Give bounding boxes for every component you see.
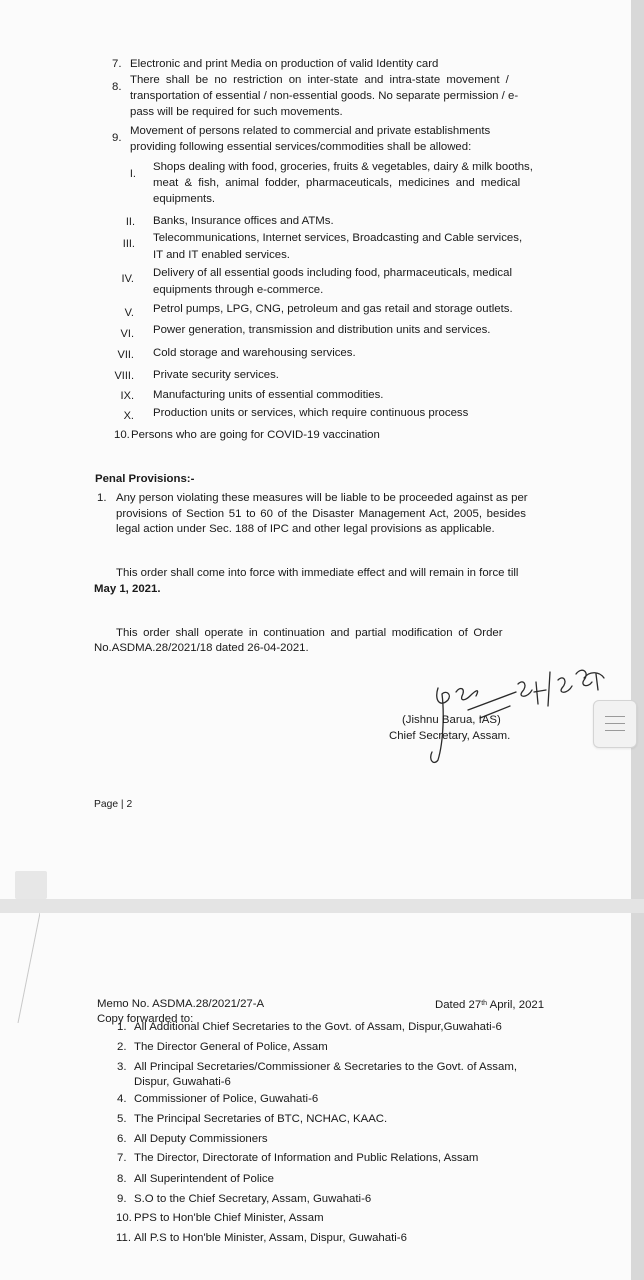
item-number: 8. (112, 80, 122, 96)
signatory-title: Chief Secretary, Assam. (389, 729, 510, 745)
item-8-line-2: transportation of essential / non-essent… (130, 89, 518, 105)
scroll-track[interactable] (631, 0, 644, 1280)
recipient-number: 9. (117, 1192, 127, 1208)
sub-item-number: X. (106, 409, 134, 424)
recipient-number: 11. (116, 1231, 131, 1247)
sub-item-VI: Power generation, transmission and distr… (153, 323, 490, 339)
recipient-line: Commissioner of Police, Guwahati-6 (134, 1092, 318, 1108)
item-8-line-1: There shall be no restriction on inter-s… (130, 73, 509, 89)
recipient-number: 8. (117, 1172, 127, 1188)
item-9-line-1: Movement of persons related to commercia… (130, 124, 490, 140)
recipient-number: 10. (116, 1211, 132, 1227)
recipient-number: 5. (117, 1112, 127, 1128)
item-8-line-3: pass will be required for such movements… (130, 105, 343, 121)
recipient-number: 7. (117, 1151, 127, 1167)
item-number: 9. (112, 131, 122, 147)
hamburger-menu-icon (605, 730, 625, 731)
sub-item-I-line-2: meat & fish, animal fodder, pharmaceutic… (153, 176, 520, 192)
penal-item-line-3: legal action under Sec. 188 of IPC and o… (116, 522, 495, 538)
sub-item-VIII: Private security services. (153, 368, 279, 384)
thumbnail-placeholder (15, 871, 47, 899)
recipient-number: 3. (117, 1060, 127, 1076)
recipient-line: All P.S to Hon'ble Minister, Assam, Disp… (134, 1231, 407, 1247)
penal-provisions-heading: Penal Provisions:- (95, 472, 194, 488)
recipient-number: 6. (117, 1132, 127, 1148)
sub-item-IV-line-1: Delivery of all essential goods includin… (153, 266, 512, 282)
item-number: 7. (112, 57, 122, 73)
hamburger-menu-icon (605, 716, 625, 717)
recipient-line: All Principal Secretaries/Commissioner &… (134, 1060, 517, 1076)
sub-item-X: Production units or services, which requ… (153, 406, 468, 422)
sub-item-IX: Manufacturing units of essential commodi… (153, 388, 383, 404)
hamburger-menu-icon (605, 723, 625, 724)
sub-item-V: Petrol pumps, LPG, CNG, petroleum and ga… (153, 302, 513, 318)
recipient-line: S.O to the Chief Secretary, Assam, Guwah… (134, 1192, 371, 1208)
sub-item-IV-line-2: equipments through e-commerce. (153, 283, 323, 299)
sub-item-number: V. (106, 306, 134, 321)
force-para-date: May 1, 2021. (94, 582, 161, 598)
page-gap (631, 899, 644, 913)
recipient-line: All Deputy Commissioners (134, 1132, 268, 1148)
item-9-line-2: providing following essential services/c… (130, 140, 471, 156)
memo-date-sup: th (481, 1000, 487, 1007)
menu-button[interactable] (593, 700, 637, 748)
sub-item-II: Banks, Insurance offices and ATMs. (153, 214, 334, 230)
sub-item-number: II. (107, 215, 135, 230)
sub-item-number: VI. (106, 327, 134, 342)
document-page-2: 7. Electronic and print Media on product… (0, 0, 631, 899)
scan-edge-line (0, 913, 40, 1023)
force-para-line-1: This order shall come into force with im… (116, 566, 518, 582)
page-number-label: Page | 2 (94, 797, 132, 813)
sub-item-VII: Cold storage and warehousing services. (153, 346, 356, 362)
sub-item-I-line-1: Shops dealing with food, groceries, frui… (153, 160, 533, 176)
memo-date: Dated 27th April, 2021 (435, 998, 544, 1014)
sub-item-number: IV. (106, 272, 134, 287)
recipient-line: The Director, Directorate of Information… (134, 1151, 478, 1167)
continuation-para-line-2: No.ASDMA.28/2021/18 dated 26-04-2021. (94, 641, 309, 657)
recipient-line: The Director General of Police, Assam (134, 1040, 328, 1056)
signatory-name: (Jishnu Barua, IAS) (402, 713, 501, 729)
sub-item-III-line-1: Telecommunications, Internet services, B… (153, 231, 522, 247)
sub-item-number: III. (107, 237, 135, 252)
memo-date-suffix: April, 2021 (487, 999, 544, 1011)
penal-item-line-1: Any person violating these measures will… (116, 491, 528, 507)
item-10-text: Persons who are going for COVID-19 vacci… (131, 428, 380, 444)
memo-date-prefix: Dated 27 (435, 999, 481, 1011)
sub-item-number: I. (108, 167, 136, 182)
sub-item-number: VII. (106, 348, 134, 363)
document-page-3: Memo No. ASDMA.28/2021/27-A Dated 27th A… (0, 913, 631, 1280)
sub-item-number: VIII. (106, 369, 134, 384)
recipient-number: 4. (117, 1092, 127, 1108)
recipient-line: All Superintendent of Police (134, 1172, 274, 1188)
recipient-line: PPS to Hon'ble Chief Minister, Assam (134, 1211, 324, 1227)
recipient-line: All Additional Chief Secretaries to the … (134, 1020, 502, 1036)
recipient-number: 1. (117, 1020, 127, 1036)
penal-item-number: 1. (97, 491, 107, 507)
recipient-line: Dispur, Guwahati-6 (134, 1075, 231, 1091)
continuation-para-line-1: This order shall operate in continuation… (116, 626, 503, 642)
penal-item-line-2: provisions of Section 51 to 60 of the Di… (116, 507, 526, 523)
sub-item-number: IX. (106, 389, 134, 404)
item-number: 10. (114, 428, 130, 444)
sub-item-III-line-2: IT and IT enabled services. (153, 248, 290, 264)
item-7-text: Electronic and print Media on production… (130, 57, 438, 73)
recipient-line: The Principal Secretaries of BTC, NCHAC,… (134, 1112, 387, 1128)
sub-item-I-line-3: equipments. (153, 192, 215, 208)
memo-number: Memo No. ASDMA.28/2021/27-A (97, 997, 264, 1013)
recipient-number: 2. (117, 1040, 127, 1056)
